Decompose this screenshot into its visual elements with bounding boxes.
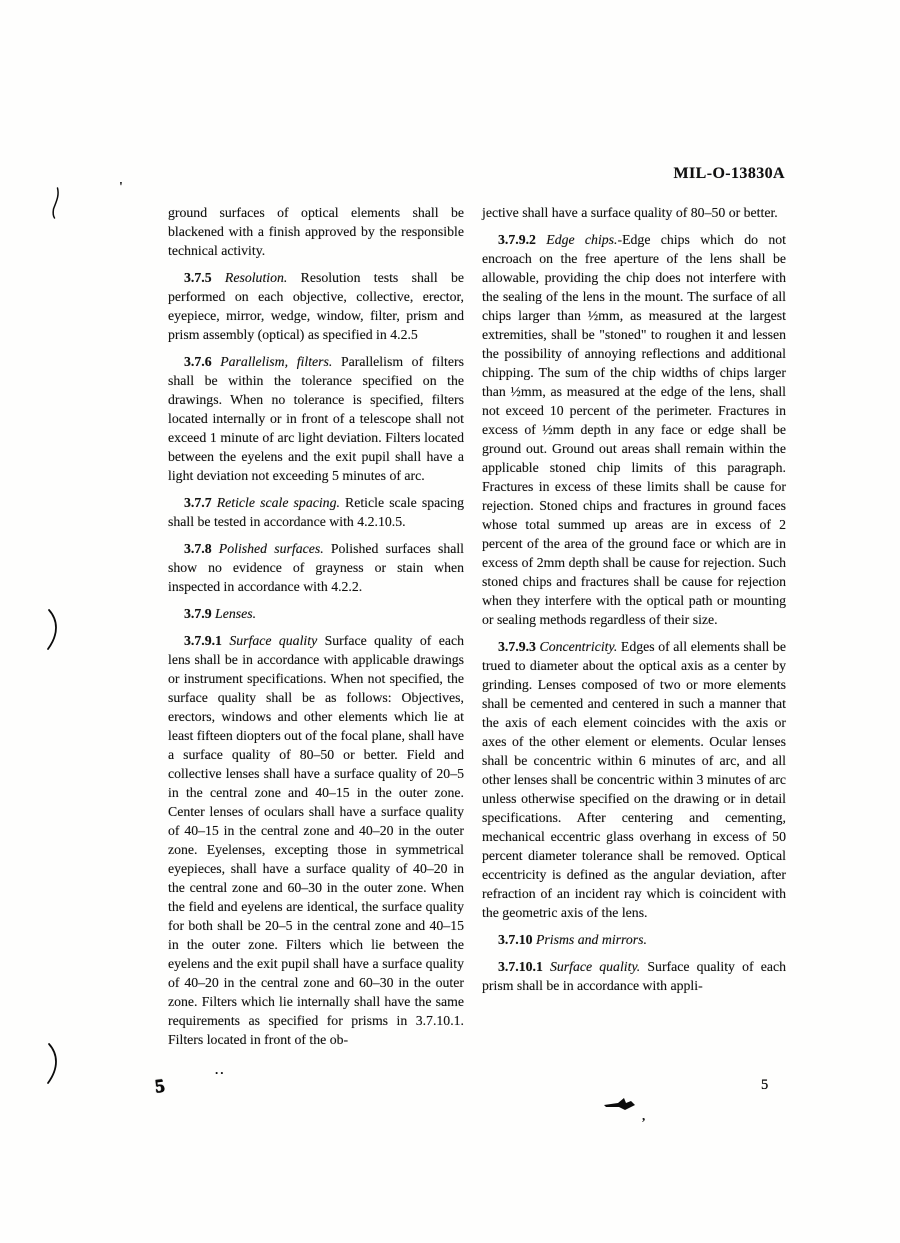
section-paragraph-3.7.5: 3.7.5 Resolution. Resolution tests shall… bbox=[168, 268, 464, 344]
section-title: Surface quality. bbox=[550, 959, 640, 974]
section-paragraph-3.7.7: 3.7.7 Reticle scale spacing. Reticle sca… bbox=[168, 493, 464, 531]
section-number: 3.7.10 bbox=[498, 932, 536, 947]
document-id-header: MIL-O-13830A bbox=[520, 165, 785, 183]
section-number: 3.7.5 bbox=[184, 270, 225, 285]
section-number: 3.7.7 bbox=[184, 495, 217, 510]
section-number: 3.7.8 bbox=[184, 541, 219, 556]
section-number: 3.7.10.1 bbox=[498, 959, 550, 974]
text-column-left: ground surfaces of optical elements shal… bbox=[168, 203, 464, 1057]
section-title: Lenses. bbox=[215, 606, 256, 621]
text-column-right: jective shall have a surface quality of … bbox=[482, 203, 786, 1003]
section-title: Resolution. bbox=[225, 270, 287, 285]
section-paragraph-3.7.9.1: 3.7.9.1 Surface quality Surface quality … bbox=[168, 631, 464, 1049]
page-number: 5 bbox=[761, 1077, 768, 1094]
section-title: Edge chips. bbox=[546, 232, 617, 247]
section-title: Reticle scale spacing. bbox=[217, 495, 340, 510]
section-number: 3.7.6 bbox=[184, 354, 220, 369]
section-number: 3.7.9.2 bbox=[498, 232, 546, 247]
ink-smudge-numeral: 5 bbox=[154, 1076, 166, 1099]
ink-double-dots: .. bbox=[215, 1062, 226, 1078]
section-paragraph-3.7.10: 3.7.10 Prisms and mirrors. bbox=[482, 930, 786, 949]
section-title: Concentricity. bbox=[540, 639, 618, 654]
continuation-paragraph: jective shall have a surface quality of … bbox=[482, 203, 786, 222]
section-paragraph-3.7.9.3: 3.7.9.3 Concentricity. Edges of all elem… bbox=[482, 637, 786, 922]
section-title: Prisms and mirrors. bbox=[536, 932, 647, 947]
document-page: MIL-O-13830A ' 5 .. , 5 ground surfaces … bbox=[0, 0, 900, 1243]
section-title: Surface quality bbox=[229, 633, 317, 648]
section-number: 3.7.9.1 bbox=[184, 633, 229, 648]
section-title: Polished surfaces. bbox=[219, 541, 324, 556]
section-paragraph-3.7.9.2: 3.7.9.2 Edge chips.-Edge chips which do … bbox=[482, 230, 786, 629]
pen-mark-paren-middle bbox=[45, 608, 61, 652]
ink-blot-arrow bbox=[604, 1097, 638, 1113]
section-paragraph-3.7.9: 3.7.9 Lenses. bbox=[168, 604, 464, 623]
pen-mark-paren-bottom bbox=[45, 1042, 61, 1086]
section-paragraph-3.7.8: 3.7.8 Polished surfaces. Polished surfac… bbox=[168, 539, 464, 596]
section-number: 3.7.9 bbox=[184, 606, 215, 621]
ink-speck-apostrophe: ' bbox=[119, 180, 123, 196]
section-paragraph-3.7.6: 3.7.6 Parallelism, filters. Parallelism … bbox=[168, 352, 464, 485]
continuation-paragraph: ground surfaces of optical elements shal… bbox=[168, 203, 464, 260]
section-number: 3.7.9.3 bbox=[498, 639, 540, 654]
pen-stroke-mark bbox=[50, 187, 62, 219]
ink-speck-comma: , bbox=[642, 1108, 645, 1124]
section-title: Parallelism, filters. bbox=[220, 354, 332, 369]
section-paragraph-3.7.10.1: 3.7.10.1 Surface quality. Surface qualit… bbox=[482, 957, 786, 995]
